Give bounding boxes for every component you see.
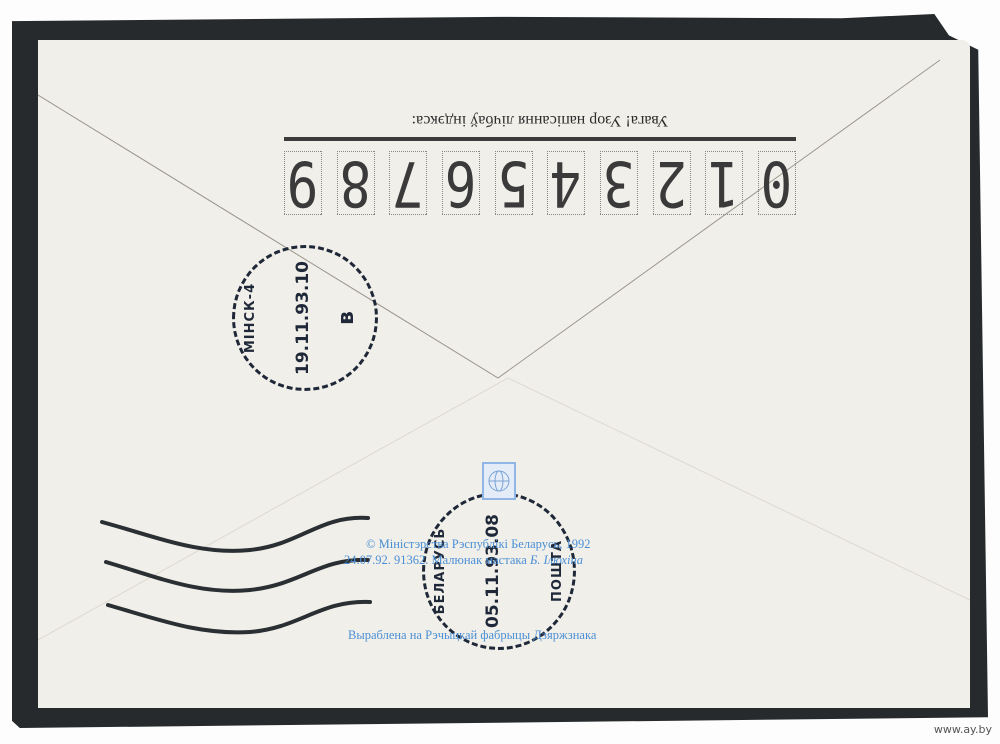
- postmark-sub-letter: в: [334, 248, 359, 388]
- index-digit: 5: [495, 151, 533, 215]
- imprint-printer: Выраблена на Рэчыцкай фабрыцы Дзяржзнака: [348, 628, 596, 643]
- imprint-date-code: 24.07.92. 91362. Малюнак мастака: [344, 553, 530, 567]
- index-digit: 7: [389, 151, 427, 215]
- index-digit: 8: [337, 151, 375, 215]
- index-digit: 3: [600, 151, 638, 215]
- postmark-ring-text-bottom: ПОШТА: [550, 495, 565, 647]
- postmark-ring-text-top: БЕЛАРУСЬ: [433, 495, 448, 647]
- postmark-date: 19.11.93.10: [293, 248, 313, 388]
- index-rule-line: [284, 137, 796, 141]
- index-digits: 0 1 2 3 4 5 6 7 8 9: [284, 151, 796, 215]
- imprint-artist-line: 24.07.92. 91362. Малюнак мастака Б. Ілюх…: [344, 553, 583, 568]
- postmark-date: 05.11.93.08: [483, 495, 503, 647]
- index-digit: 1: [705, 151, 743, 215]
- index-digit: 2: [653, 151, 691, 215]
- postmark-minsk-belarus: БЕЛАРУСЬ 05.11.93.08 ПОШТА: [422, 492, 576, 650]
- index-digit: 9: [284, 151, 322, 215]
- wavy-cancellation-lines: [100, 510, 380, 640]
- globe-in-stamp-icon: [482, 462, 516, 500]
- index-digit: 4: [547, 151, 585, 215]
- postal-index-sample: 0 1 2 3 4 5 6 7 8 9 Увага! Узор напісанн…: [284, 111, 796, 215]
- index-digit: 6: [442, 151, 480, 215]
- postmark-minsk-4: МІНСК-4 19.11.93.10 в: [232, 245, 378, 391]
- imprint-artist-name: Б. Ілюхіна: [530, 553, 583, 567]
- index-digit: 0: [758, 151, 796, 215]
- watermark: www.ay.by: [934, 723, 992, 736]
- postmark-ring-text: МІНСК-4: [243, 248, 258, 388]
- imprint-copyright: © Міністэрства Рэспублікі Беларусь, 1992: [366, 537, 590, 552]
- index-caption: Увага! Узор напісання лічбаў індэкса:: [284, 111, 796, 129]
